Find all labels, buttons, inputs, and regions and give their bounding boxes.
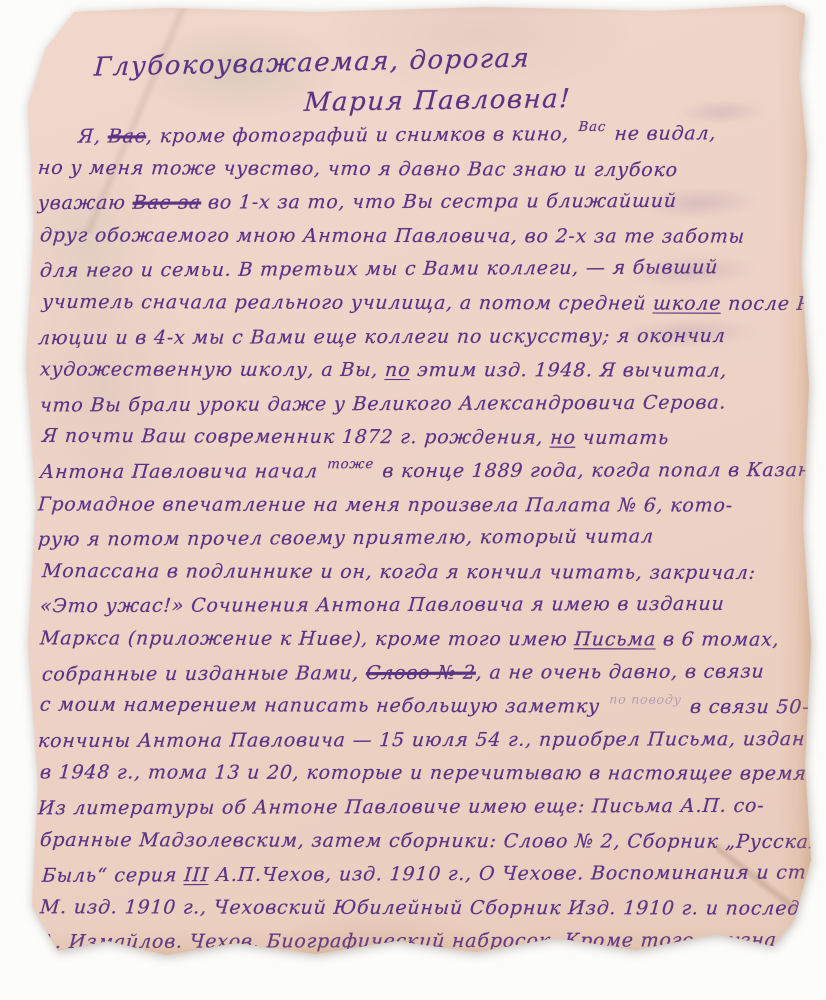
letter-line: уважаю Вас за во 1-х за то, что Вы сестр…	[37, 190, 677, 214]
text-segment: кончины Антона Павловича — 15 июля 54 г.…	[37, 728, 826, 752]
text-segment: Маркса (приложение к Ниве), кроме того и…	[39, 627, 575, 650]
text-segment: в связи 50-лет-	[682, 696, 826, 719]
pencil-inserted-word: по поводу	[609, 691, 683, 706]
text-segment: не видал,	[607, 122, 717, 145]
text-segment: «Это ужас!» Сочинения Антона Павловича я…	[39, 593, 725, 617]
underlined-word: но	[549, 427, 576, 449]
letter-line: А. Измайлов. Чехов. Биографический набро…	[39, 929, 826, 953]
letter-line: учитель сначала реального училища, а пот…	[41, 291, 826, 315]
letter-line: Я почти Ваш современник 1872 г. рождения…	[41, 425, 670, 449]
text-segment: бранные Мадзолевским, затем сборники: Сл…	[39, 829, 823, 853]
text-segment: во 1-х за то, что Вы сестра и ближайший	[200, 190, 677, 214]
text-segment: для него и семьи. В третьих мы с Вами ко…	[39, 256, 719, 282]
letter-line: для него и семьи. В третьих мы с Вами ко…	[39, 256, 719, 282]
letter-line: Я, Вас, кроме фотографий и снимков в кин…	[77, 122, 717, 147]
letter-line: с моим намерением написать небольшую зам…	[39, 694, 826, 719]
letter-line: что Вы брали уроки даже у Великого Алекс…	[39, 391, 727, 416]
letter-line: Из литературы об Антоне Павловиче имею е…	[37, 795, 765, 820]
text-segment: Мария Павловна!	[303, 84, 572, 118]
letter-line: люции и в 4-х мы с Вами еще коллеги по и…	[37, 325, 726, 349]
letter-paper-wrap: Глубокоуважаемая, дорогаяМария Павловна!…	[16, 4, 814, 960]
text-segment: художественную школу, а Вы,	[39, 358, 386, 381]
letter-line: Мария Павловна!	[303, 84, 572, 118]
text-segment: в конце 1889 года, когда попал в Казань.	[375, 459, 826, 482]
text-segment: люции и в 4-х мы с Вами еще коллеги по и…	[37, 325, 726, 349]
text-segment: учитель сначала реального училища, а пот…	[41, 291, 654, 315]
text-segment: Мопассана в подлиннике и он, когда я кон…	[41, 560, 757, 584]
letter-line: Громадное впечатление на меня произвела …	[37, 493, 734, 516]
text-segment: но у меня тоже чувство, что я давно Вас …	[37, 157, 679, 181]
text-segment: А.П.Чехов, изд. 1910 г., О Чехове. Воспо…	[208, 861, 826, 886]
letter-line: М. изд. 1910 г., Чеховский Юбилейный Сбо…	[39, 896, 826, 920]
text-segment: М. изд. 1910 г., Чеховский Юбилейный Сбо…	[39, 896, 826, 920]
letter-line: Мопассана в подлиннике и он, когда я кон…	[41, 560, 757, 584]
letter-sheet: Глубокоуважаемая, дорогаяМария Павловна!…	[16, 4, 814, 960]
text-segment: уважаю	[37, 192, 133, 214]
letter-line: в 1948 г., тома 13 и 20, которые и переч…	[39, 761, 814, 784]
text-segment: , а не очень давно, в связи	[475, 660, 765, 683]
text-segment: Я,	[77, 126, 108, 148]
letter-line: друг обожаемого мною Антона Павловича, в…	[39, 224, 746, 247]
underlined-word: по	[384, 359, 411, 381]
text-segment: рую я потом прочел своему приятелю, кото…	[37, 525, 654, 550]
text-segment: друг обожаемого мною Антона Павловича, в…	[39, 224, 746, 247]
text-segment: этим изд. 1948. Я вычитал,	[410, 359, 729, 382]
letter-line: Быль“ серия III А.П.Чехов, изд. 1910 г.,…	[41, 861, 826, 887]
letter-line: но у меня тоже чувство, что я давно Вас …	[37, 157, 679, 181]
struck-word: Вас	[107, 125, 147, 147]
text-segment: Глубокоуважаемая, дорогая	[93, 43, 531, 82]
letter-line: художественную школу, а Вы, по этим изд.…	[39, 358, 728, 381]
text-segment: Быль“ серия	[41, 864, 185, 887]
text-segment: , кроме фотографий и снимков в кино,	[145, 123, 576, 147]
struck-word: Вас за	[132, 192, 202, 214]
text-segment: что Вы брали уроки даже у Великого Алекс…	[39, 391, 727, 416]
text-segment: после Рево-	[721, 293, 826, 315]
photograph-background: Глубокоуважаемая, дорогаяМария Павловна!…	[0, 0, 826, 1000]
text-segment: собранные и изданные Вами,	[41, 662, 366, 685]
underlined-word: Письма	[574, 628, 657, 650]
underlined-word: III	[183, 864, 209, 886]
letter-line: Маркса (приложение к Ниве), кроме того и…	[39, 627, 780, 650]
letter-line: Антона Павловича начал тоже в конце 1889…	[39, 459, 826, 483]
text-segment: читать	[575, 427, 670, 449]
text-segment: в 1948 г., тома 13 и 20, которые и переч…	[39, 761, 814, 784]
struck-word: Слово № 2	[365, 662, 476, 684]
text-segment: Из литературы об Антоне Павловиче имею е…	[37, 795, 765, 820]
text-segment: с моим намерением написать небольшую зам…	[39, 694, 607, 718]
inserted-word: тоже	[327, 457, 375, 472]
letter-line: кончины Антона Павловича — 15 июля 54 г.…	[37, 728, 826, 752]
letter-line: «Это ужас!» Сочинения Антона Павловича я…	[39, 593, 725, 617]
letter-line: рую я потом прочел своему приятелю, кото…	[37, 525, 654, 550]
underlined-word: школе	[652, 293, 722, 315]
text-segment: Антона Павловича начал	[39, 460, 325, 483]
text-segment: Я почти Ваш современник 1872 г. рождения…	[41, 425, 551, 449]
text-segment: Громадное впечатление на меня произвела …	[37, 493, 734, 516]
text-segment: А. Измайлов. Чехов. Биографический набро…	[39, 929, 826, 953]
inserted-word: Вас	[578, 120, 607, 135]
letter-line: бранные Мадзолевским, затем сборники: Сл…	[39, 829, 823, 853]
letter-line: собранные и изданные Вами, Слово № 2, а …	[41, 660, 765, 685]
letter-line: Глубокоуважаемая, дорогая	[93, 43, 531, 82]
text-segment: в 6 томах,	[655, 628, 780, 650]
